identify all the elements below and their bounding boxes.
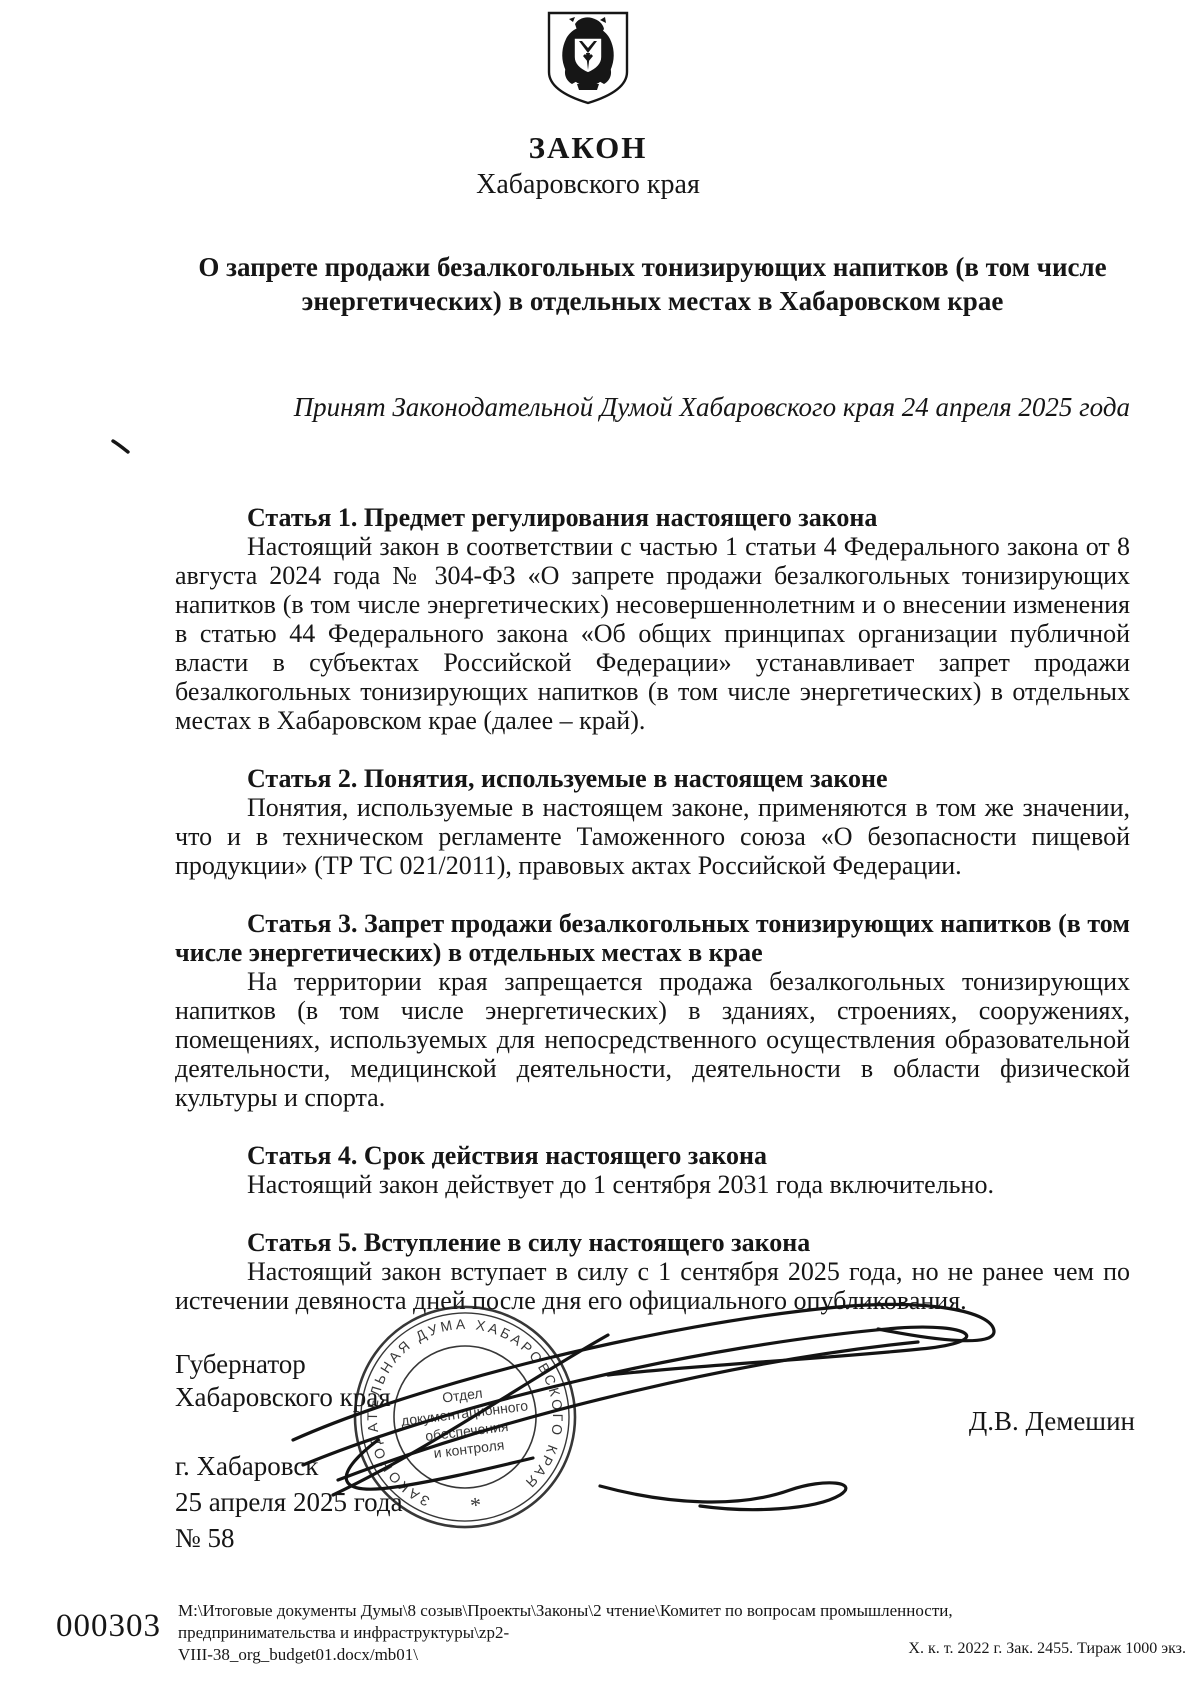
footer-page-number: 000303 <box>56 1608 161 1645</box>
adoption-line: Принят Законодательной Думой Хабаровског… <box>175 392 1130 422</box>
article-4-body: Настоящий закон действует до 1 сентября … <box>175 1170 1130 1199</box>
article-1: Статья 1. Предмет регулирования настояще… <box>175 503 1130 735</box>
article-2-heading: Статья 2. Понятия, используемые в настоя… <box>175 764 1130 793</box>
pen-tick-mark <box>110 438 132 454</box>
region-name: Хабаровского края <box>0 169 1176 201</box>
article-4-heading: Статья 4. Срок действия настоящего закон… <box>175 1141 1130 1170</box>
article-1-body: Настоящий закон в соответствии с частью … <box>175 532 1130 735</box>
article-2-body: Понятия, используемые в настоящем законе… <box>175 793 1130 880</box>
footer-file-path-line1: М:\Итоговые документы Думы\8 созыв\Проек… <box>178 1600 1108 1644</box>
doc-title: О запрете продажи безалкогольных тонизир… <box>175 250 1130 318</box>
article-3-body: На территории края запрещается продажа б… <box>175 967 1130 1112</box>
footer-imprint: Х. к. т. 2022 г. Зак. 2455. Тираж 1000 э… <box>600 1640 1186 1658</box>
signature-scribble <box>278 1288 1018 1518</box>
article-4: Статья 4. Срок действия настоящего закон… <box>175 1141 1130 1199</box>
coat-of-arms-icon <box>545 10 631 106</box>
articles-section: Статья 1. Предмет регулирования настояще… <box>175 503 1130 1315</box>
article-1-heading: Статья 1. Предмет регулирования настояще… <box>175 503 1130 532</box>
doc-type-heading: ЗАКОН <box>0 131 1176 165</box>
document-header: ЗАКОН Хабаровского края <box>0 10 1176 201</box>
law-document-page: ЗАКОН Хабаровского края О запрете продаж… <box>0 0 1200 1697</box>
article-5-heading: Статья 5. Вступление в силу настоящего з… <box>175 1228 1130 1257</box>
article-3: Статья 3. Запрет продажи безалкогольных … <box>175 909 1130 1112</box>
article-3-heading: Статья 3. Запрет продажи безалкогольных … <box>175 909 1130 967</box>
article-2: Статья 2. Понятия, используемые в настоя… <box>175 764 1130 880</box>
